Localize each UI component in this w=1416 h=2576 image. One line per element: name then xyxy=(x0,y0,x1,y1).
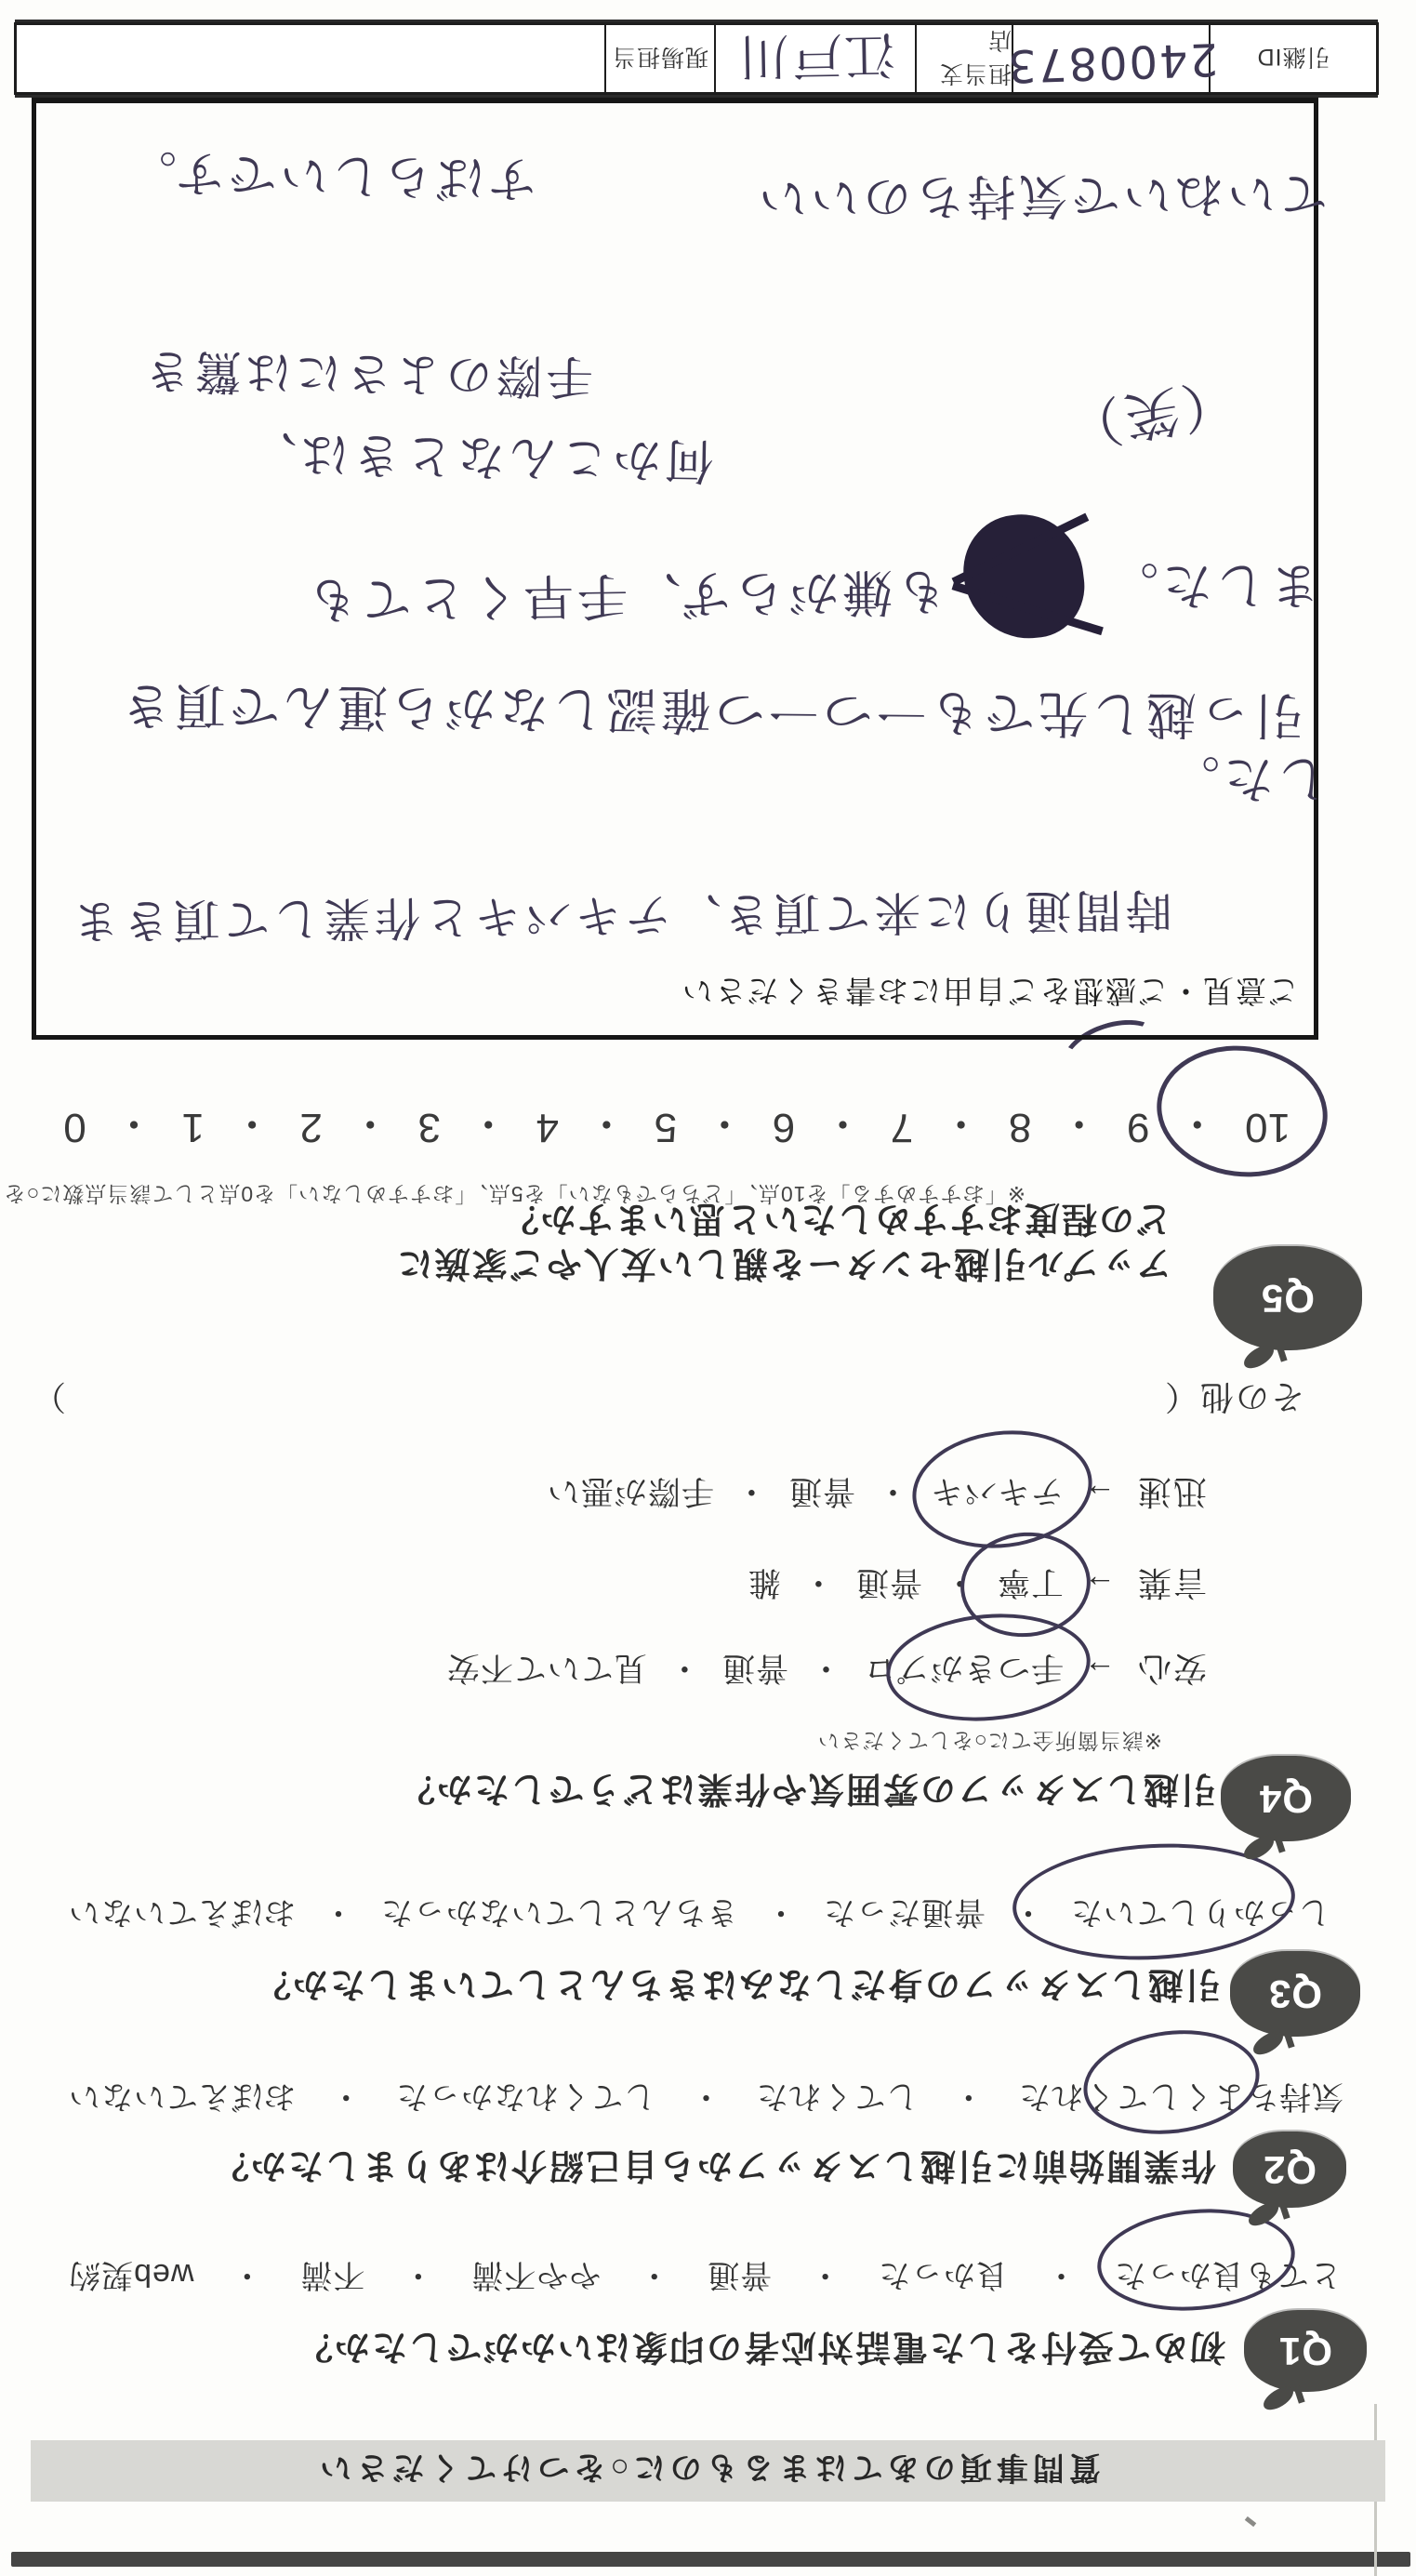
scale-separator: ・ xyxy=(1059,1097,1100,1157)
q4-row-option: 雑 xyxy=(748,1562,781,1609)
handwritten-comment-line: 時間通りに来て頂き、テキパキと作業して頂きま xyxy=(69,880,1172,958)
q4-row-option: 普通 xyxy=(721,1648,788,1694)
q4-row-label: 迅速 xyxy=(1136,1470,1207,1518)
table-cell-operator-value-empty xyxy=(17,25,604,92)
scanned-survey-screenshot: 質問事項のあてはまるものに○をつけてください Q1 初めて受付をした電話対応者の… xyxy=(0,0,1416,2576)
handwritten-comment-line: 何かこんなときは、 xyxy=(245,422,714,500)
comment-box-caption: ご意見・ご感想をご自由にお書きください xyxy=(681,971,1299,1015)
option-separator: ・ xyxy=(764,1892,797,1938)
q5-note: ※「おすすめする」を10点、「どちらでもない」を5点、「おすすめしない」を0点と… xyxy=(0,1180,1026,1211)
scale-separator: ・ xyxy=(941,1097,982,1157)
option-separator: ・ xyxy=(638,2255,670,2301)
option-separator: ・ xyxy=(690,2077,722,2122)
q5-question-line1: アップル引越センターを親しい友人やご家族に xyxy=(396,1242,1171,1293)
q4-other-close-paren: ） xyxy=(33,1375,66,1423)
scale-point: 6 xyxy=(773,1104,795,1150)
q1-badge-label: Q1 xyxy=(1278,2329,1332,2373)
handwritten-comment-line: すばらしいです。 xyxy=(124,141,537,219)
q2-badge: Q2 xyxy=(1233,2131,1346,2208)
id-label: 引継ID xyxy=(1257,42,1330,75)
q3-badge-label: Q3 xyxy=(1268,1972,1322,2016)
q3-option: おぼえていない xyxy=(68,1892,296,1938)
q4-question-text: 引越しスタッフの雰囲気や作業はどうでしたか？ xyxy=(398,1767,1216,1818)
q4-row-option: 普通 xyxy=(855,1562,922,1609)
q1-badge: Q1 xyxy=(1244,2310,1367,2392)
q3-badge: Q3 xyxy=(1230,1951,1360,2037)
scale-point: 1 xyxy=(181,1104,204,1150)
q1-option: やや不満 xyxy=(470,2255,601,2301)
scale-separator: ・ xyxy=(232,1097,272,1157)
scan-edge-band xyxy=(11,2552,1410,2567)
handwritten-id-value: 2400873 xyxy=(1005,33,1219,92)
option-separator: ・ xyxy=(809,2255,841,2301)
option-separator: ・ xyxy=(231,2255,263,2301)
handwritten-comment-line: も嫌がらず、手早くとても xyxy=(303,559,947,640)
q4-note: ※該当箇所全てに○をしてください xyxy=(817,1727,1162,1758)
q3-question-text: 引越しスタッフの身だしなみはきちんとしていましたか？ xyxy=(254,1962,1221,2013)
handwritten-comment-line: ました。 xyxy=(1105,553,1320,625)
scale-point: 8 xyxy=(1009,1104,1031,1150)
scale-point: 5 xyxy=(655,1104,677,1150)
option-separator: ・ xyxy=(952,2077,985,2122)
handwritten-comment-line: 引っ越し先でも一つ一つ確認しながら運んで頂き xyxy=(117,673,1304,755)
scale-point: 4 xyxy=(536,1104,559,1150)
handwritten-comment-line: 手際のよさには驚き xyxy=(140,340,593,414)
option-separator: ・ xyxy=(402,2255,434,2301)
handover-id-table: 引継ID 2400873 担当支店 江戸川 現場担当 xyxy=(14,22,1379,95)
q4-row-option: 手際が悪い xyxy=(547,1471,714,1518)
option-separator: ・ xyxy=(1045,2255,1078,2301)
scale-point: 2 xyxy=(299,1104,322,1150)
q2-question-text: 作業開始前に引越しスタッフから自己紹介はありましたか？ xyxy=(212,2144,1216,2195)
q1-option: 良かった xyxy=(878,2255,1008,2301)
q3-option: きちんとしていなかった xyxy=(380,1892,738,1938)
branch-label: 担当支店 xyxy=(917,25,1012,92)
q5-badge: Q5 xyxy=(1213,1246,1362,1350)
q4-row-label: 言葉 xyxy=(1136,1561,1207,1609)
table-cell-operator-label: 現場担当 xyxy=(604,25,714,92)
scale-separator: ・ xyxy=(586,1097,627,1157)
scale-separator: ・ xyxy=(823,1097,864,1157)
q1-option: web契約 xyxy=(68,2255,193,2301)
scale-separator: ・ xyxy=(468,1097,509,1157)
option-separator: ・ xyxy=(322,1892,354,1938)
q4-other-label: その他（ xyxy=(1163,1375,1304,1423)
operator-label: 現場担当 xyxy=(612,42,708,75)
scale-point: 3 xyxy=(418,1104,441,1150)
handwritten-circle-jinsoku xyxy=(906,1421,1099,1559)
option-separator: ・ xyxy=(734,1471,768,1518)
q2-option: おぼえていない xyxy=(68,2077,296,2122)
option-separator: ・ xyxy=(801,1562,835,1609)
table-cell-id-label: 引継ID xyxy=(1209,25,1376,92)
option-separator: ・ xyxy=(809,1648,842,1694)
table-cell-branch-label: 担当支店 xyxy=(915,25,1012,92)
scale-separator: ・ xyxy=(113,1097,154,1157)
q2-badge-label: Q2 xyxy=(1263,2147,1317,2192)
q4-badge: Q4 xyxy=(1221,1756,1351,1841)
scale-point: 0 xyxy=(63,1104,86,1150)
q4-badge-label: Q4 xyxy=(1259,1776,1313,1821)
survey-sheet-rotated-180: 質問事項のあてはまるものに○をつけてください Q1 初めて受付をした電話対応者の… xyxy=(0,0,1416,2576)
q4-row-anshin: 安心 → 手つきがプロ ・ 普通 ・ 見ていて不安 xyxy=(446,1647,1207,1694)
instruction-bar-text: 質問事項のあてはまるものに○をつけてください xyxy=(315,2449,1101,2494)
table-cell-id-value: 2400873 xyxy=(1012,25,1209,92)
q1-option: 不満 xyxy=(299,2255,364,2301)
handwritten-comment-line: ていねいで気持ちのいい xyxy=(755,163,1329,237)
handwritten-comment-line: した。 xyxy=(1166,747,1328,818)
q3-option: 普通だった xyxy=(823,1892,986,1938)
table-cell-branch-value: 江戸川 xyxy=(714,25,915,92)
q5-rating-scale: 10 ・ 9 ・ 8 ・ 7 ・ 6 ・ 5 ・ 4 ・ 3 ・ 2 ・ 1 ・… xyxy=(63,1097,1290,1157)
scan-artifact-speck xyxy=(1245,2516,1257,2527)
option-separator: ・ xyxy=(668,1648,701,1694)
option-separator: ・ xyxy=(876,1471,909,1518)
scale-point: 7 xyxy=(891,1104,913,1150)
q4-row-option: 見ていて不安 xyxy=(446,1648,647,1694)
q4-row-option: 普通 xyxy=(788,1471,855,1518)
q1-option: 普通 xyxy=(707,2255,772,2301)
q2-option: してくれた xyxy=(756,2077,919,2122)
handwritten-circle-score-10 xyxy=(1149,1036,1335,1186)
handwritten-circle-q2-selection xyxy=(1078,2021,1265,2144)
scale-separator: ・ xyxy=(704,1097,745,1157)
q4-row-label: 安心 xyxy=(1136,1647,1207,1694)
scale-point: 9 xyxy=(1127,1104,1149,1150)
q5-badge-label: Q5 xyxy=(1261,1276,1315,1321)
q4-row-jinsoku: 迅速 → テキパキ ・ 普通 ・ 手際が悪い xyxy=(547,1470,1207,1518)
scale-separator: ・ xyxy=(350,1097,390,1157)
handwritten-branch-value: 江戸川 xyxy=(736,23,896,98)
q1-question-text: 初めて受付をした電話対応者の印象はいかがでしたか？ xyxy=(296,2325,1225,2376)
option-separator: ・ xyxy=(329,2077,362,2122)
instruction-bar: 質問事項のあてはまるものに○をつけてください xyxy=(31,2440,1385,2502)
q2-option: してくれなかった xyxy=(395,2077,655,2122)
